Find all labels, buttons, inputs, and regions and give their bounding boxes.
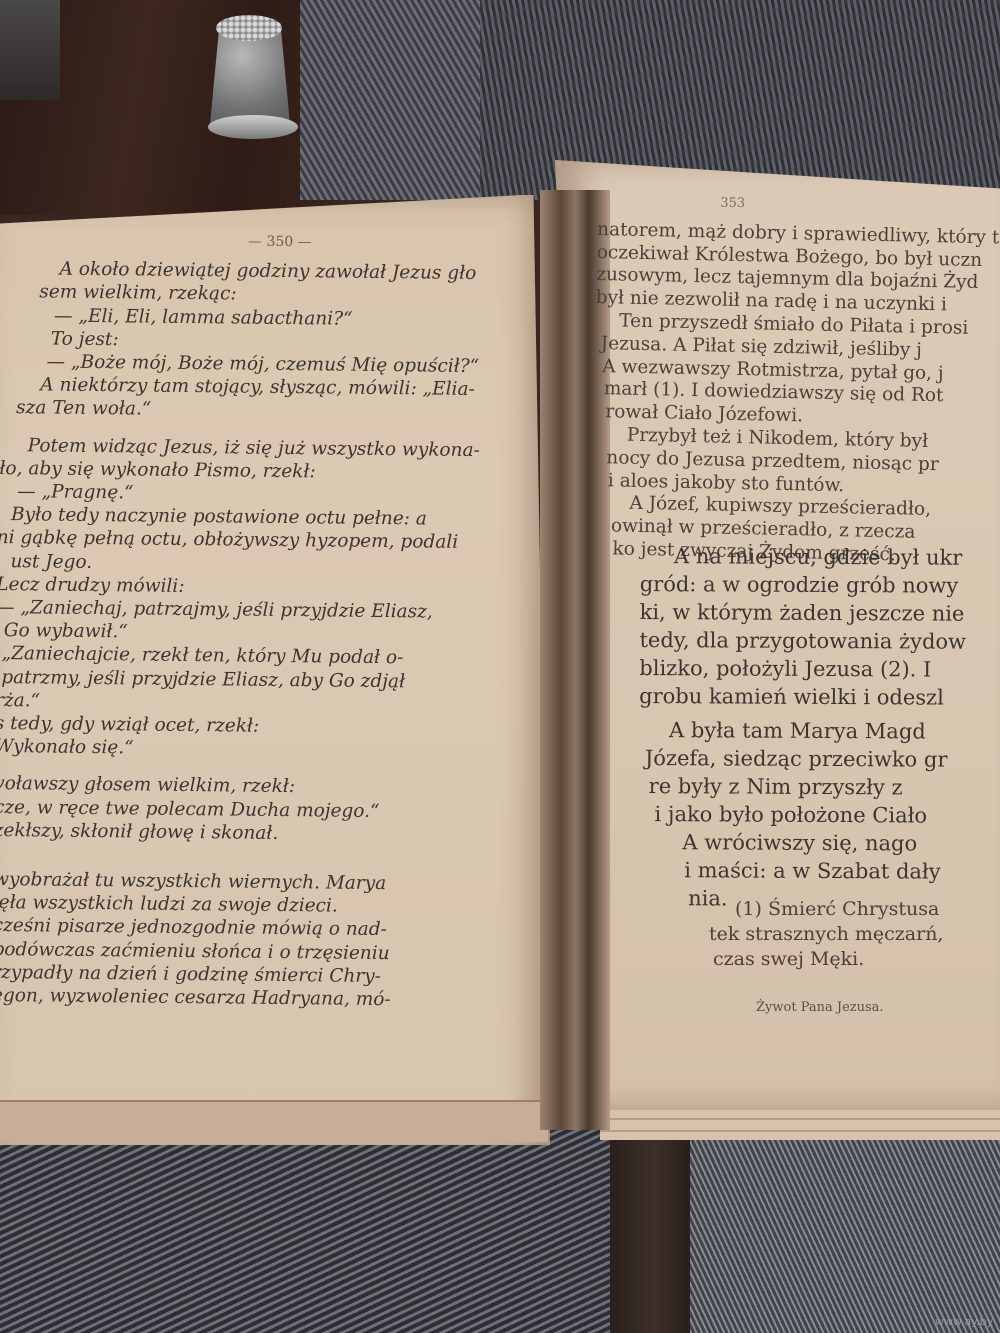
text-line: A wróciwszy się, nago — [638, 828, 1000, 858]
footnote-line: tek strasznych męczarń, — [709, 922, 943, 947]
book-signature: Żywot Pana Jezusa. — [756, 1000, 884, 1015]
thimble-rim — [208, 115, 298, 139]
text-line: i maści: a w Szabat dały — [638, 856, 1000, 886]
text-line: grobu kamień wielki i odeszl — [639, 682, 1000, 712]
text-line: ki, w którym żaden jeszcze nie — [640, 598, 1000, 628]
book-strap — [610, 1130, 700, 1333]
text-line: i jako było położone Ciało — [639, 800, 1000, 830]
background-object — [0, 0, 60, 100]
thimble — [210, 15, 300, 135]
text-line: tedy, dla przygotowania żydow — [639, 626, 1000, 656]
footnote-line: czas swej Męki. — [713, 947, 943, 972]
text-line: re były z Nim przyszły z — [639, 772, 1000, 802]
watermark: www.ay.by — [935, 1315, 993, 1328]
thimble-top — [216, 15, 282, 41]
woven-placemat-bottom-right — [690, 1140, 1000, 1333]
text-line: Józefa, siedząc przeciwko gr — [639, 744, 1000, 774]
left-page-text: — 350 — A około dziewiątej godziny zawoł… — [0, 228, 520, 1013]
text-line: A na miejscu, gdzie był ukr — [640, 542, 1000, 572]
left-page-edge — [0, 1100, 548, 1142]
footnote-line: (1) Śmierć Chrystusa — [735, 897, 943, 922]
left-page-number: — 350 — — [0, 228, 520, 257]
text-line: gród: a w ogrodzie grób nowy — [640, 570, 1000, 600]
right-page-text-upper: 353 natorem, mąż dobry i sprawiedliwy, k… — [590, 190, 1000, 569]
text-line: blizko, położyli Jezusa (2). I — [639, 654, 1000, 684]
text-line: A była tam Marya Magd — [639, 716, 1000, 746]
footnote: (1) Śmierć Chrystusa tek strasznych męcz… — [735, 897, 943, 972]
woven-placemat-bottom-left — [0, 1120, 610, 1333]
right-page-text-lower: A na miejscu, gdzie był ukr gród: a w og… — [638, 542, 1000, 914]
